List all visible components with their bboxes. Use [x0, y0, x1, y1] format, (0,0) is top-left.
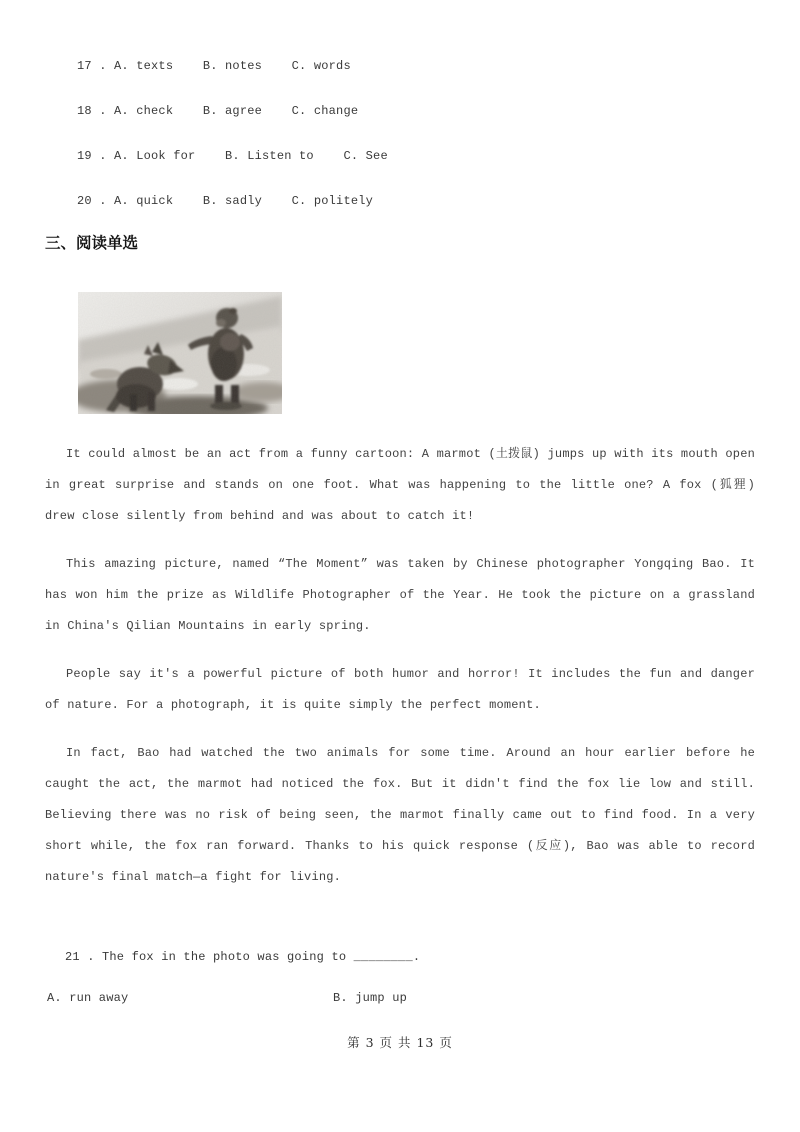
- question-21-options: A. run away B. jump up: [47, 989, 800, 1007]
- passage-paragraph-2: This amazing picture, named “The Moment”…: [45, 549, 755, 642]
- reading-question-21: 21 . The fox in the photo was going to _…: [65, 947, 800, 967]
- cloze-question-17: 17 . A. texts B. notes C. words: [77, 43, 800, 88]
- passage-paragraph-4: In fact, Bao had watched the two animals…: [45, 738, 755, 893]
- fox-and-marmot-photo: [78, 292, 282, 414]
- page-indicator: 第 3 页 共 13 页: [347, 1035, 453, 1050]
- section-title-reading: 三、阅读单选: [45, 233, 800, 254]
- cloze-question-20: 20 . A. quick B. sadly C. politely: [77, 178, 800, 223]
- question-21-option-b: B. jump up: [333, 989, 407, 1007]
- passage-paragraph-1: It could almost be an act from a funny c…: [45, 439, 755, 532]
- page-footer: 第 3 页 共 13 页: [0, 1033, 800, 1051]
- question-21-option-a: A. run away: [47, 989, 333, 1007]
- cloze-question-19: 19 . A. Look for B. Listen to C. See: [77, 133, 800, 178]
- reading-passage: It could almost be an act from a funny c…: [45, 439, 755, 893]
- document-page: 17 . A. texts B. notes C. words 18 . A. …: [0, 0, 800, 1132]
- cloze-options-section: 17 . A. texts B. notes C. words 18 . A. …: [0, 0, 800, 223]
- passage-paragraph-3: People say it's a powerful picture of bo…: [45, 659, 755, 721]
- cloze-question-18: 18 . A. check B. agree C. change: [77, 88, 800, 133]
